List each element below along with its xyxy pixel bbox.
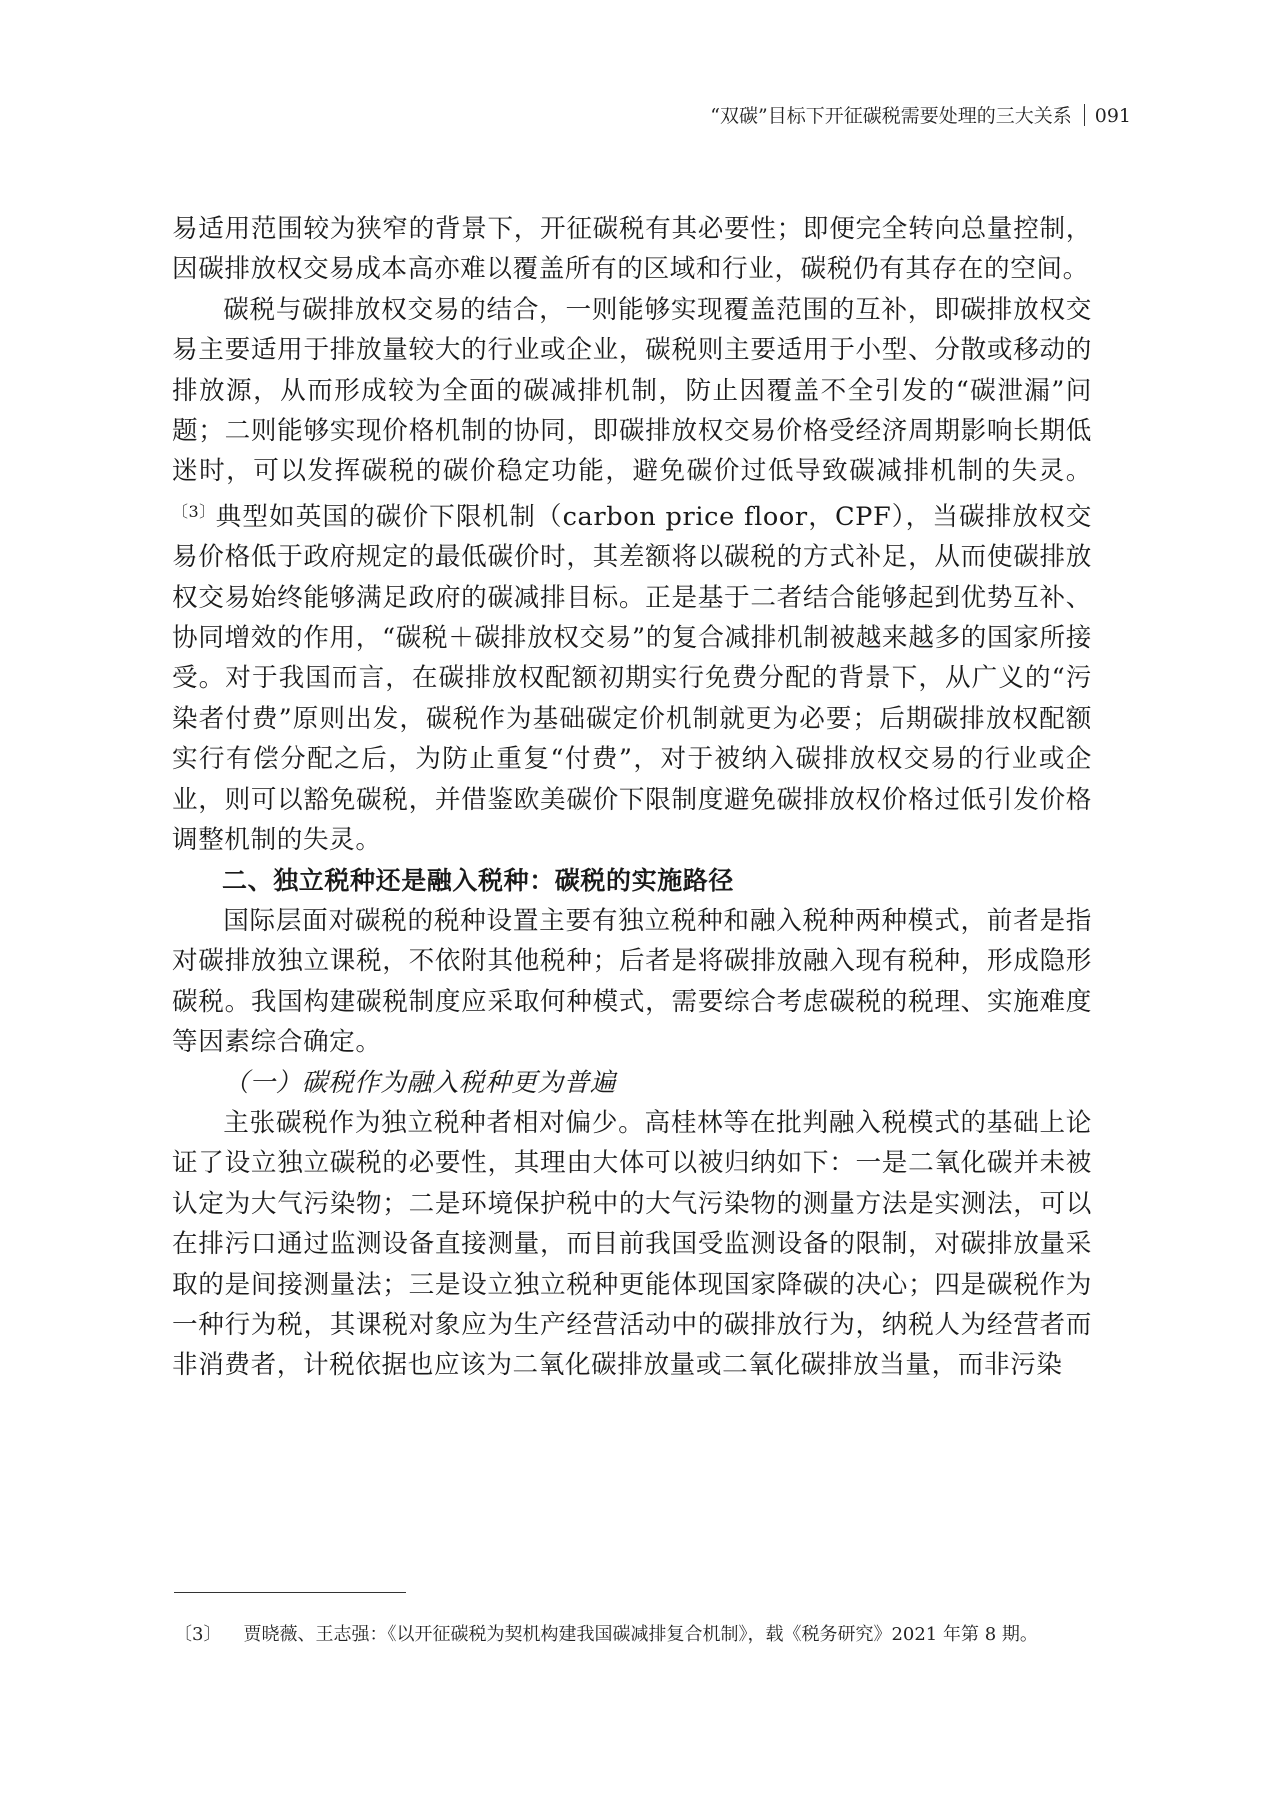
body-text: 易适用范围较为狭窄的背景下，开征碳税有其必要性；即便完全转向总量控制，因碳排放权…	[172, 209, 1092, 1386]
header-divider	[1084, 104, 1085, 126]
footnote-mark: 〔3〕	[174, 1624, 221, 1645]
running-header: “双碳”目标下开征碳税需要处理的三大关系091	[710, 103, 1131, 129]
paragraph-text: 典型如英国的碳价下限机制（carbon price floor，CPF），当碳排…	[172, 502, 1092, 855]
page-number: 091	[1095, 105, 1131, 127]
running-title: “双碳”目标下开征碳税需要处理的三大关系	[710, 105, 1071, 127]
footnote-reference[interactable]: 〔3〕	[172, 502, 216, 521]
paragraph-text: 碳税与碳排放权交易的结合，一则能够实现覆盖范围的互补，即碳排放权交易主要适用于排…	[172, 295, 1092, 487]
paragraph-carbon-tax-and-ets: 碳税与碳排放权交易的结合，一则能够实现覆盖范围的互补，即碳排放权交易主要适用于排…	[172, 290, 1092, 861]
subsection-heading: （一）碳税作为融入税种更为普遍	[172, 1063, 1092, 1103]
footnote: 〔3〕贾晓薇、王志强：《以开征碳税为契机构建我国碳减排复合机制》，载《税务研究》…	[174, 1622, 1038, 1648]
paragraph-independent-tax-arguments: 主张碳税作为独立税种者相对偏少。高桂林等在批判融入税模式的基础上论证了设立独立碳…	[172, 1103, 1092, 1386]
footnote-divider	[174, 1592, 406, 1593]
section-heading: 二、独立税种还是融入税种：碳税的实施路径	[172, 861, 1092, 901]
paragraph-tax-models: 国际层面对碳税的税种设置主要有独立税种和融入税种两种模式，前者是指对碳排放独立课…	[172, 901, 1092, 1063]
paragraph-continued: 易适用范围较为狭窄的背景下，开征碳税有其必要性；即便完全转向总量控制，因碳排放权…	[172, 209, 1092, 290]
footnote-text: 贾晓薇、王志强：《以开征碳税为契机构建我国碳减排复合机制》，载《税务研究》202…	[243, 1624, 1037, 1645]
